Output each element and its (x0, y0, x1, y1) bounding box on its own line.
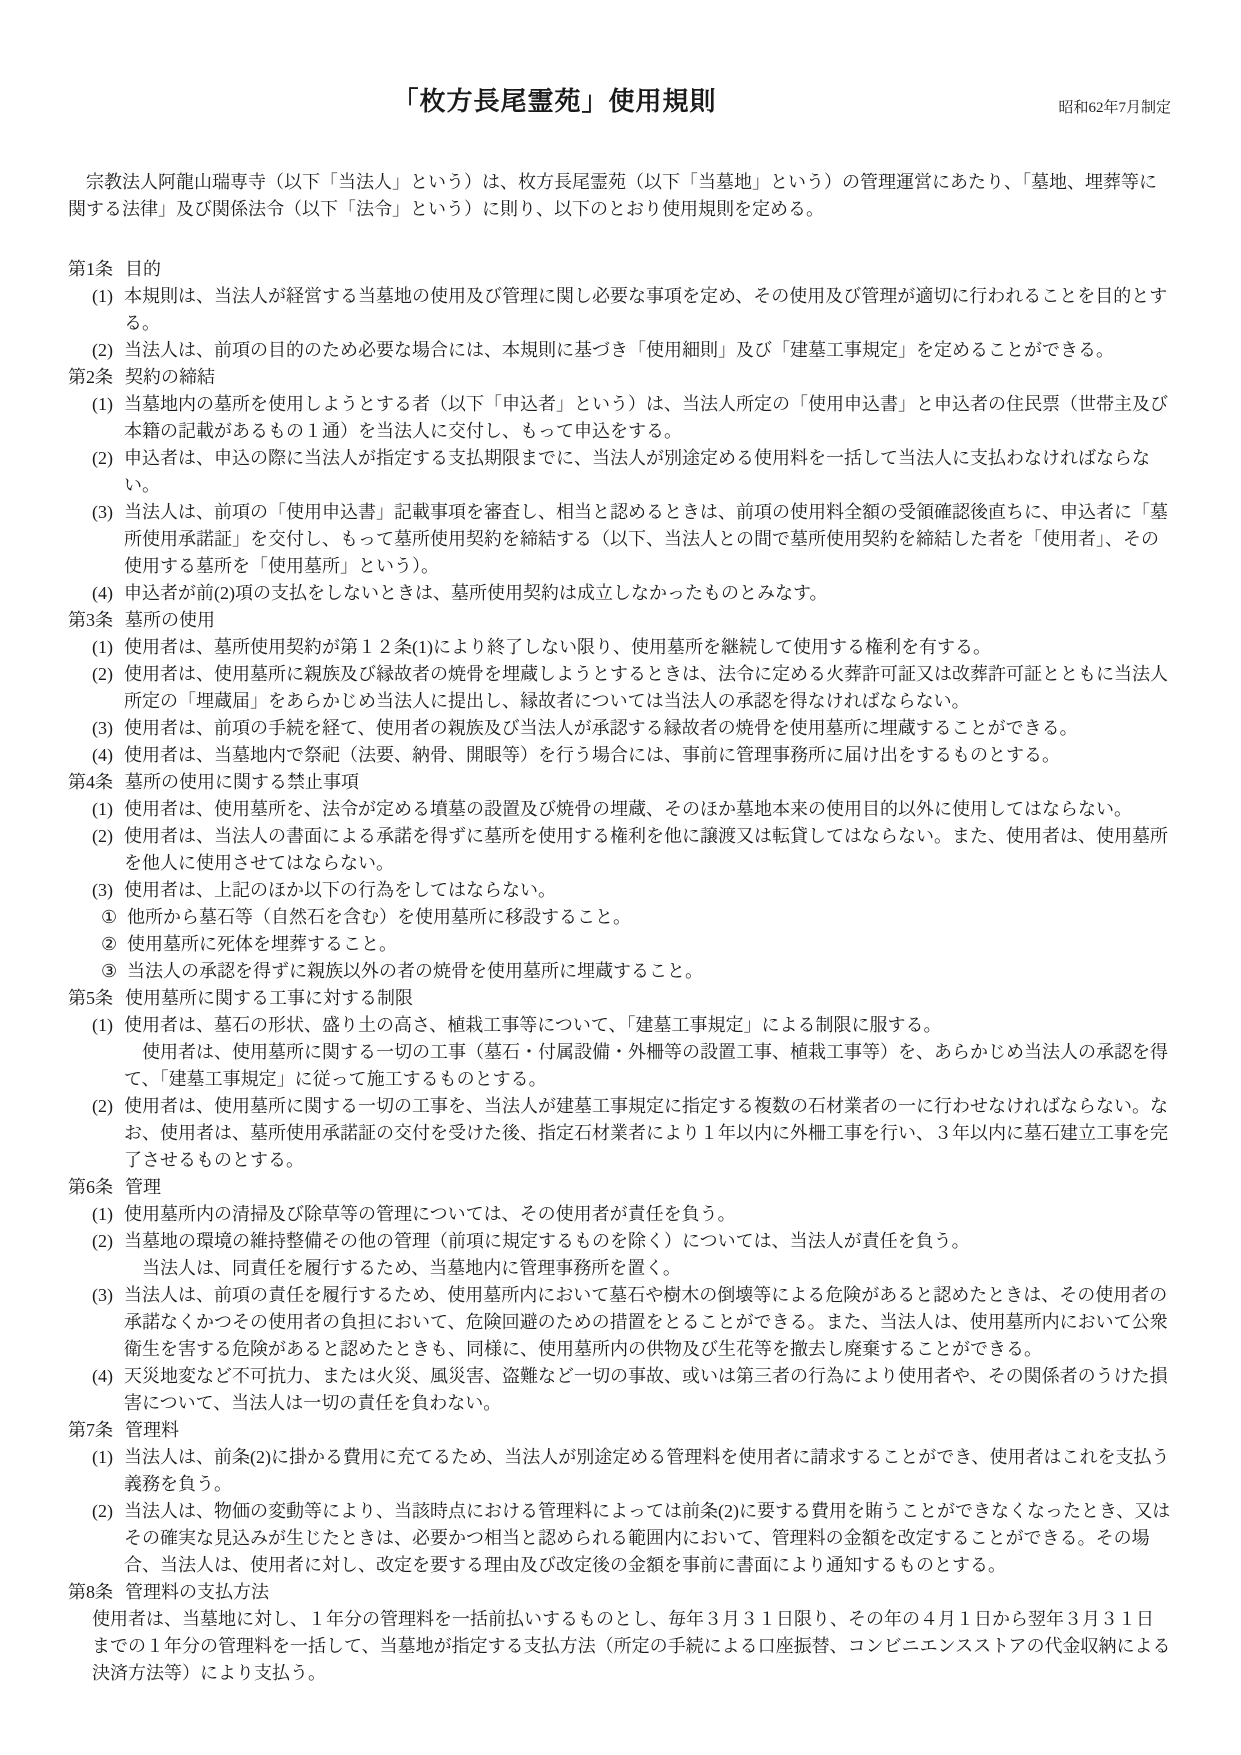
item-text: 使用者は、上記のほか以下の行為をしてはならない。 (124, 880, 556, 900)
article-title: 管理料の支払方法 (125, 1582, 269, 1602)
article-number: 第2条 (68, 367, 113, 387)
article-title: 目的 (125, 259, 161, 279)
item-number: (1) (92, 634, 113, 661)
article-title: 管理料 (125, 1420, 179, 1440)
article-2: 第2条契約の締結 (1)当墓地内の墓所を使用しようとする者（以下「申込者」という… (68, 364, 1171, 607)
article-subitem: ②使用墓所に死体を埋葬すること。 (101, 931, 1171, 958)
article-4: 第4条墓所の使用に関する禁止事項 (1)使用者は、使用墓所を、法令が定める墳墓の… (68, 769, 1171, 985)
item-text: 当法人は、物価の変動等により、当該時点における管理料によっては前条(2)に要する… (124, 1501, 1170, 1575)
article-number: 第7条 (68, 1420, 113, 1440)
subitem-text: 使用墓所に死体を埋葬すること。 (127, 934, 397, 954)
item-number: (3) (92, 499, 113, 526)
item-number: (1) (92, 391, 113, 418)
item-text: 当墓地内の墓所を使用しようとする者（以下「申込者」という）は、当法人所定の「使用… (124, 394, 1168, 441)
subitem-number: ① (101, 904, 117, 931)
article-heading: 第1条目的 (68, 256, 1171, 283)
article-heading: 第5条使用墓所に関する工事に対する制限 (68, 985, 1171, 1012)
article-title: 墓所の使用 (125, 610, 215, 630)
article-title: 使用墓所に関する工事に対する制限 (125, 988, 413, 1008)
article-number: 第4条 (68, 772, 113, 792)
item-number: (2) (92, 823, 113, 850)
item-number: (4) (92, 1363, 113, 1390)
article-number: 第3条 (68, 610, 113, 630)
item-number: (3) (92, 1282, 113, 1309)
subitem-text: 当法人の承認を得ずに親族以外の者の焼骨を使用墓所に埋蔵すること。 (127, 961, 703, 981)
item-text: 申込者は、申込の際に当法人が指定する支払期限までに、当法人が別途定める使用料を一… (124, 448, 1150, 495)
item-number: (2) (92, 337, 113, 364)
item-text: 使用者は、墓石の形状、盛り土の高さ、植栽工事等について、「建墓工事規定」による制… (124, 1015, 942, 1035)
article-8: 第8条管理料の支払方法 使用者は、当墓地に対し、１年分の管理料を一括前払いするも… (68, 1579, 1171, 1687)
item-number: (1) (92, 283, 113, 310)
preamble-text: 宗教法人阿龍山瑞専寺（以下「当法人」という）は、枚方長尾霊苑（以下「当墓地」とい… (68, 169, 1171, 223)
article-subitem: ③当法人の承認を得ずに親族以外の者の焼骨を使用墓所に埋蔵すること。 (101, 958, 1171, 985)
subitem-number: ② (101, 931, 117, 958)
item-text: 使用者は、当法人の書面による承諾を得ずに墓所を使用する権利を他に譲渡又は転貸して… (124, 826, 1168, 873)
item-text: 使用者は、使用墓所に関する一切の工事を、当法人が建墓工事規定に指定する複数の石材… (124, 1096, 1168, 1170)
item-number: (3) (92, 877, 113, 904)
article-item: (2)当法人は、物価の変動等により、当該時点における管理料によっては前条(2)に… (92, 1498, 1171, 1579)
article-item: (1)使用墓所内の清掃及び除草等の管理については、その使用者が責任を負う。 (92, 1201, 1171, 1228)
item-number: (2) (92, 1228, 113, 1255)
article-item: (1)使用者は、墓所使用契約が第１２条(1)により終了しない限り、使用墓所を継続… (92, 634, 1171, 661)
article-item: (4)使用者は、当墓地内で祭祀（法要、納骨、開眼等）を行う場合には、事前に管理事… (92, 742, 1171, 769)
article-item: (4)天災地変など不可抗力、または火災、風災害、盗難など一切の事故、或いは第三者… (92, 1363, 1171, 1417)
article-body: 使用者は、当墓地に対し、１年分の管理料を一括前払いするものとし、毎年３月３１日限… (92, 1606, 1171, 1687)
article-number: 第5条 (68, 988, 113, 1008)
article-heading: 第6条管理 (68, 1174, 1171, 1201)
item-number: (3) (92, 715, 113, 742)
document-header: 「枚方長尾霊苑」使用規則 昭和62年7月制定 (68, 85, 1171, 119)
article-item: (2)使用者は、使用墓所に親族及び縁故者の焼骨を埋蔵しようとするときは、法令に定… (92, 661, 1171, 715)
article-item: (2)使用者は、使用墓所に関する一切の工事を、当法人が建墓工事規定に指定する複数… (92, 1093, 1171, 1174)
item-text: 天災地変など不可抗力、または火災、風災害、盗難など一切の事故、或いは第三者の行為… (124, 1366, 1168, 1413)
item-text: 申込者が前(2)項の支払をしないときは、墓所使用契約は成立しなかったものとみなす… (124, 583, 828, 603)
item-number: (2) (92, 1498, 113, 1525)
item-number: (2) (92, 661, 113, 688)
article-title: 管理 (125, 1177, 161, 1197)
item-number: (1) (92, 1444, 113, 1471)
article-title: 墓所の使用に関する禁止事項 (125, 772, 359, 792)
item-text: 使用者は、使用墓所を、法令が定める墳墓の設置及び焼骨の埋蔵、そのほか墓地本来の使… (124, 799, 1132, 819)
article-item: (1)当法人は、前条(2)に掛かる費用に充てるため、当法人が別途定める管理料を使… (92, 1444, 1171, 1498)
article-heading: 第2条契約の締結 (68, 364, 1171, 391)
item-text: 本規則は、当法人が経営する当墓地の使用及び管理に関し必要な事項を定め、その使用及… (124, 286, 1167, 333)
article-5: 第5条使用墓所に関する工事に対する制限 (1)使用者は、墓石の形状、盛り土の高さ… (68, 985, 1171, 1174)
item-number: (1) (92, 1012, 113, 1039)
item-number: (1) (92, 1201, 113, 1228)
item-number: (4) (92, 580, 113, 607)
article-heading: 第7条管理料 (68, 1417, 1171, 1444)
item-text: 使用者は、使用墓所に親族及び縁故者の焼骨を埋蔵しようとするときは、法令に定める火… (124, 664, 1168, 711)
item-number: (2) (92, 445, 113, 472)
item-text: 当法人は、前項の「使用申込書」記載事項を審査し、相当と認めるときは、前項の使用料… (124, 502, 1168, 576)
article-item: (1)本規則は、当法人が経営する当墓地の使用及び管理に関し必要な事項を定め、その… (92, 283, 1171, 337)
item-text: 当法人は、前項の責任を履行するため、使用墓所内において墓石や樹木の倒壊等による危… (124, 1285, 1168, 1359)
article-item: (3)使用者は、前項の手続を経て、使用者の親族及び当法人が承認する縁故者の焼骨を… (92, 715, 1171, 742)
item-text: 当法人は、前条(2)に掛かる費用に充てるため、当法人が別途定める管理料を使用者に… (124, 1447, 1170, 1494)
article-item: (2)使用者は、当法人の書面による承諾を得ずに墓所を使用する権利を他に譲渡又は転… (92, 823, 1171, 877)
article-item: (3)当法人は、前項の責任を履行するため、使用墓所内において墓石や樹木の倒壊等に… (92, 1282, 1171, 1363)
item-text: 使用墓所内の清掃及び除草等の管理については、その使用者が責任を負う。 (124, 1204, 736, 1224)
article-7: 第7条管理料 (1)当法人は、前条(2)に掛かる費用に充てるため、当法人が別途定… (68, 1417, 1171, 1579)
subitem-number: ③ (101, 958, 117, 985)
article-item: (1)使用者は、墓石の形状、盛り土の高さ、植栽工事等について、「建墓工事規定」に… (92, 1012, 1171, 1039)
item-number: (2) (92, 1093, 113, 1120)
article-6: 第6条管理 (1)使用墓所内の清掃及び除草等の管理については、その使用者が責任を… (68, 1174, 1171, 1417)
article-heading: 第3条墓所の使用 (68, 607, 1171, 634)
article-title: 契約の締結 (125, 367, 215, 387)
item-text: 使用者は、当墓地内で祭祀（法要、納骨、開眼等）を行う場合には、事前に管理事務所に… (124, 745, 1060, 765)
article-number: 第6条 (68, 1177, 113, 1197)
item-text: 当墓地の環境の維持整備その他の管理（前項に規定するものを除く）については、当法人… (124, 1231, 970, 1251)
item-text: 当法人は、前項の目的のため必要な場合には、本規則に基づき「使用細則」及び「建墓工… (124, 340, 1114, 360)
item-continuation: 使用者は、使用墓所に関する一切の工事（墓石・付属設備・外柵等の設置工事、植栽工事… (124, 1039, 1171, 1093)
article-number: 第1条 (68, 259, 113, 279)
article-1: 第1条目的 (1)本規則は、当法人が経営する当墓地の使用及び管理に関し必要な事項… (68, 256, 1171, 364)
article-item: (1)使用者は、使用墓所を、法令が定める墳墓の設置及び焼骨の埋蔵、そのほか墓地本… (92, 796, 1171, 823)
article-heading: 第8条管理料の支払方法 (68, 1579, 1171, 1606)
item-text: 使用者は、前項の手続を経て、使用者の親族及び当法人が承認する縁故者の焼骨を使用墓… (124, 718, 1078, 738)
article-item: (1)当墓地内の墓所を使用しようとする者（以下「申込者」という）は、当法人所定の… (92, 391, 1171, 445)
article-3: 第3条墓所の使用 (1)使用者は、墓所使用契約が第１２条(1)により終了しない限… (68, 607, 1171, 769)
item-number: (4) (92, 742, 113, 769)
article-number: 第8条 (68, 1582, 113, 1602)
article-item: (3)当法人は、前項の「使用申込書」記載事項を審査し、相当と認めるときは、前項の… (92, 499, 1171, 580)
article-heading: 第4条墓所の使用に関する禁止事項 (68, 769, 1171, 796)
article-item: (4)申込者が前(2)項の支払をしないときは、墓所使用契約は成立しなかったものと… (92, 580, 1171, 607)
article-item: (3)使用者は、上記のほか以下の行為をしてはならない。 (92, 877, 1171, 904)
item-number: (1) (92, 796, 113, 823)
enactment-date: 昭和62年7月制定 (1058, 99, 1171, 117)
article-item: (2)申込者は、申込の際に当法人が指定する支払期限までに、当法人が別途定める使用… (92, 445, 1171, 499)
article-item: (2)当法人は、前項の目的のため必要な場合には、本規則に基づき「使用細則」及び「… (92, 337, 1171, 364)
document-title: 「枚方長尾霊苑」使用規則 (68, 85, 1171, 119)
article-subitem: ①他所から墓石等（自然石を含む）を使用墓所に移設すること。 (101, 904, 1171, 931)
subitem-text: 他所から墓石等（自然石を含む）を使用墓所に移設すること。 (127, 907, 631, 927)
document-page: 「枚方長尾霊苑」使用規則 昭和62年7月制定 宗教法人阿龍山瑞専寺（以下「当法人… (0, 0, 1241, 1755)
item-text: 使用者は、墓所使用契約が第１２条(1)により終了しない限り、使用墓所を継続して使… (124, 637, 991, 657)
article-item: (2)当墓地の環境の維持整備その他の管理（前項に規定するものを除く）については、… (92, 1228, 1171, 1255)
item-continuation: 当法人は、同責任を履行するため、当墓地内に管理事務所を置く。 (124, 1255, 1171, 1282)
